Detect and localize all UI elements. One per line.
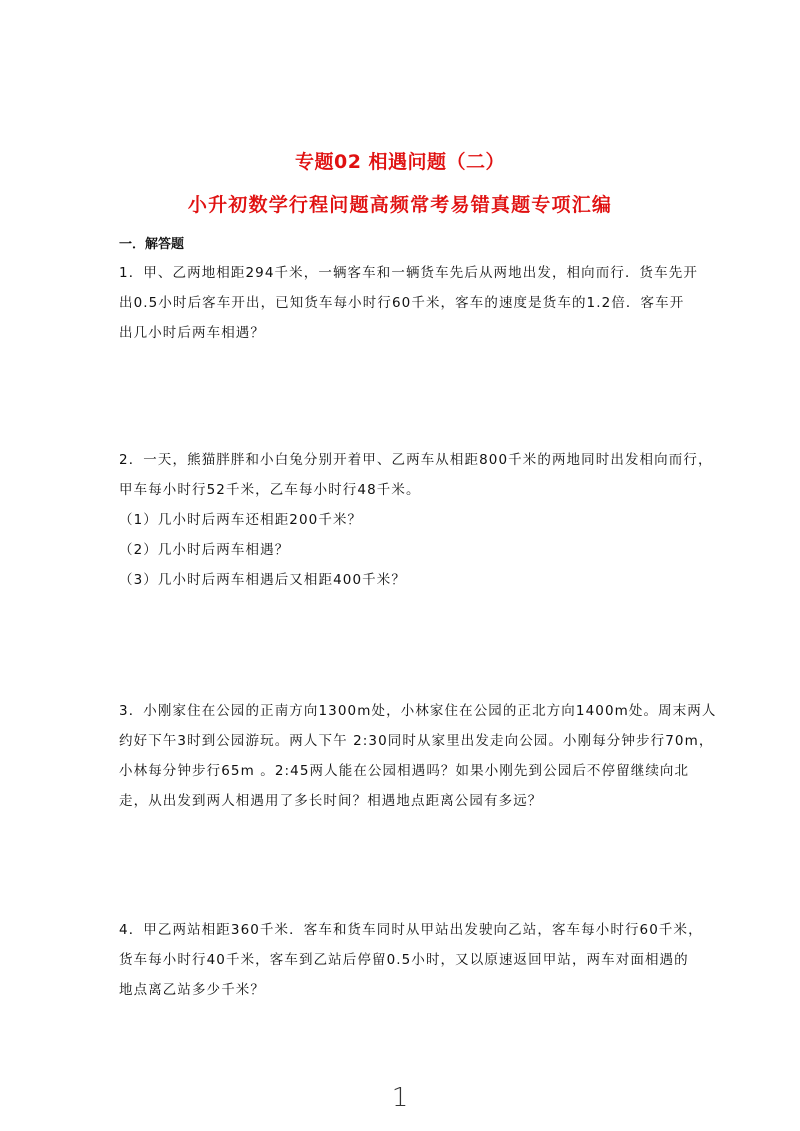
- document-subtitle: 小升初数学行程问题高频常考易错真题专项汇编: [0, 190, 800, 217]
- question-4-line-3: 地点离乙站多少千米？: [119, 975, 689, 1005]
- question-4-line-2: 货车每小时行40千米，客车到乙站后停留0.5小时，又以原速返回甲站，两车对面相遇…: [119, 945, 689, 975]
- question-2-line-2: 甲车每小时行52千米，乙车每小时行48千米。: [119, 475, 689, 505]
- question-1-line-2: 出0.5小时后客车开出，已知货车每小时行60千米，客车的速度是货车的1.2倍．客…: [119, 288, 689, 318]
- question-3-line-2: 约好下午3时到公园游玩。两人下午 2:30同时从家里出发走向公园。小刚每分钟步行…: [119, 726, 689, 756]
- question-1: 1．甲、乙两地相距294千米，一辆客车和一辆货车先后从两地出发，相向而行．货车先…: [119, 258, 689, 348]
- question-3: 3．小刚家住在公园的正南方向1300m处，小林家住在公园的正北方向1400m处。…: [119, 696, 689, 816]
- question-2-sub-1: （1）几小时后两车还相距200千米？: [119, 505, 689, 535]
- question-2: 2．一天，熊猫胖胖和小白兔分别开着甲、乙两车从相距800千米的两地同时出发相向而…: [119, 445, 689, 595]
- question-3-line-1: 3．小刚家住在公园的正南方向1300m处，小林家住在公园的正北方向1400m处。…: [119, 696, 689, 726]
- document-title: 专题02 相遇问题（二）: [0, 147, 800, 174]
- question-2-line-1: 2．一天，熊猫胖胖和小白兔分别开着甲、乙两车从相距800千米的两地同时出发相向而…: [119, 445, 689, 475]
- question-4-line-1: 4．甲乙两站相距360千米．客车和货车同时从甲站出发驶向乙站，客车每小时行60千…: [119, 915, 689, 945]
- question-2-sub-2: （2）几小时后两车相遇？: [119, 535, 689, 565]
- question-1-line-1: 1．甲、乙两地相距294千米，一辆客车和一辆货车先后从两地出发，相向而行．货车先…: [119, 258, 689, 288]
- question-2-sub-3: （3）几小时后两车相遇后又相距400千米？: [119, 565, 689, 595]
- question-1-line-3: 出几小时后两车相遇？: [119, 318, 689, 348]
- page-number: 1: [0, 1083, 800, 1113]
- question-4: 4．甲乙两站相距360千米．客车和货车同时从甲站出发驶向乙站，客车每小时行60千…: [119, 915, 689, 1005]
- question-3-line-4: 走，从出发到两人相遇用了多长时间？相遇地点距离公园有多远？: [119, 786, 689, 816]
- question-3-line-3: 小林每分钟步行65m 。2:45两人能在公园相遇吗？如果小刚先到公园后不停留继续…: [119, 756, 689, 786]
- section-heading: 一．解答题: [119, 233, 184, 252]
